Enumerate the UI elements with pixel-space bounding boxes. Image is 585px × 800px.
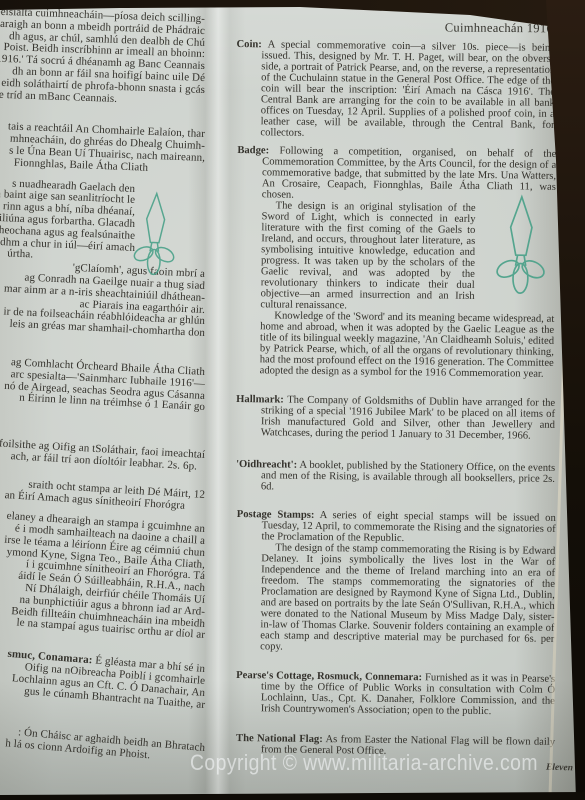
left-column: speisialta cuimhneacháin—píosa deich sci… xyxy=(0,14,205,767)
paragraph: Coin: A special commemorative coin—a sil… xyxy=(235,39,555,142)
section-label: The National Flag: xyxy=(236,733,323,745)
section-label: Badge: xyxy=(237,145,269,156)
text-block: smuc, Conamara: É gléasta mar a bhí sé i… xyxy=(0,664,205,711)
paragraph: 'Oidhreacht': A booklet, published by th… xyxy=(236,459,555,496)
section-hallmark: Hallmark: The Company of Goldsmiths of D… xyxy=(236,394,556,442)
text-block: tais a reachtáil An Chomhairle Ealaíon, … xyxy=(0,129,205,176)
paragraph: Knowledge of the 'Sword' and its meaning… xyxy=(235,310,555,380)
section-label: Hallmark: xyxy=(236,394,284,406)
text-block: foilsithe ag Oifig an tSoláthair, faoi i… xyxy=(0,450,205,474)
text-block: elaney a dhearaigh an stampa i gcuimhne … xyxy=(0,524,205,642)
paragraph: The design is an original stylisation of… xyxy=(235,200,555,314)
paragraph: The design of the stamp commemorating th… xyxy=(235,542,555,656)
section-label: Postage Stamps: xyxy=(237,509,315,521)
section-coin: Coin: A special commemorative coin—a sil… xyxy=(235,39,555,142)
section-oidhreacht: 'Oidhreacht': A booklet, published by th… xyxy=(236,459,555,496)
section-label: 'Oidhreacht': xyxy=(236,459,297,471)
watermark-text: Copyright © www.militaria-archive.com xyxy=(190,750,538,776)
text-block: speisialta cuimhneacháin—píosa deich sci… xyxy=(0,14,205,108)
section-label: Pearse's Cottage, Rosmuck, Connemara: xyxy=(236,670,422,683)
paragraph: Postage Stamps: A series of eight specia… xyxy=(236,509,555,546)
right-column: Cuimhneachán 1916 Coin: A special commem… xyxy=(236,20,555,755)
text-block: 'gClaíomh', agus faoin mbrí aag Conradh … xyxy=(0,269,205,340)
page-header-title: Cuimhneachán 1916 xyxy=(236,19,553,36)
text-block: : Ón Cháisc ar aghaidh beidh an Bhratach… xyxy=(0,743,205,767)
paragraph: Hallmark: The Company of Goldsmiths of D… xyxy=(236,394,556,442)
text-block: sraith ocht stampa ar leith Dé Máirt, 12… xyxy=(0,490,205,514)
section-label: Coin: xyxy=(236,39,261,50)
section-badge: Badge: Following a competition, organise… xyxy=(235,145,557,380)
paragraph: Pearse's Cottage, Rosmuck, Connemara: Fu… xyxy=(236,670,556,718)
text-block: ag Comhlacht Órcheard Bhaile Átha Cliath… xyxy=(0,367,205,414)
sword-of-light-icon xyxy=(132,183,178,285)
paragraph: Badge: Following a competition, organise… xyxy=(237,145,557,204)
book-page-photo: speisialta cuimhneacháin—píosa deich sci… xyxy=(0,0,585,800)
section-postage-stamps: Postage Stamps: A series of eight specia… xyxy=(235,509,556,656)
sections: Coin: A special commemorative coin—a sil… xyxy=(236,39,555,755)
section-pearse-s-cottage-rosmuck-connemara: Pearse's Cottage, Rosmuck, Connemara: Fu… xyxy=(236,670,556,718)
